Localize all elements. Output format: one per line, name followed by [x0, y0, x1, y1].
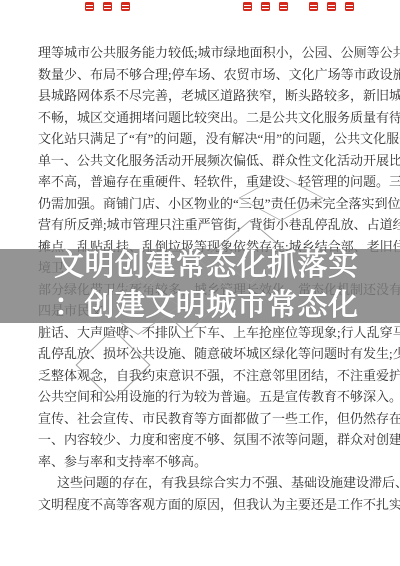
body-text-line: 文明程度不高等客观方面的原因，但我认为主要还是工作不扎实、不努力、 [38, 497, 362, 513]
body-text-line: 宣传、社会宣传、市民教育等方面都做了一些工作，但仍然存在宣传形式单 [38, 411, 362, 427]
overlay-title-line2: ：创建文明城市常态化 [54, 290, 358, 322]
body-text-line: 公共空间和公用设施的行为较为普遍。五是宣传教育不够深入。虽然在新闻 [38, 389, 362, 405]
red-glyph-icon [309, 2, 318, 11]
body-text-line: 率不高，普遍存在重硬件、轻软件，重建设、轻管理的问题。三是城市管理 [38, 174, 362, 190]
red-glyph-icon [261, 2, 270, 11]
red-glyph-icon [85, 2, 94, 11]
body-text-line: 这些问题的存在，有我县综合实力不强、基础设施建设滞后、城乡居民 [38, 475, 362, 491]
body-text-line: 文化站只满足了“有”的问题，没有解决“用”的问题，公共文化服务内容 [38, 131, 362, 147]
body-text-line: 理等城市公共服务能力较低;城市绿地面积小，公园、公厕等公共配套设施 [38, 45, 362, 61]
body-text-line: 一、内容较少、力度和密度不够、氛围不浓等问题，群众对创建工作的知晓 [38, 432, 362, 448]
body-text-line: 县城路网体系不尽完善，老城区道路狭窄，断头路较多，新旧城区之间连通 [38, 88, 362, 104]
body-text-line: 数量少、布局不够合理;停车场、农贸市场、文化广场等市政设施严重不足; [38, 67, 362, 83]
red-glyph-icon [345, 2, 354, 11]
red-glyph-icon [243, 2, 252, 11]
red-glyph-icon [327, 2, 336, 11]
red-glyph-icon [103, 2, 112, 11]
overlay-title-line1: 文明创建常态化抓落实 [54, 250, 358, 282]
red-glyph-icon [121, 2, 130, 11]
body-text-line: 营有所反弹;城市管理只注重严管街，背街小巷乱停乱放、占道经营、乱设 [38, 217, 362, 233]
red-glyph-icon [279, 2, 288, 11]
body-text-line: 脏话、大声喧哗、不排队上下车、上车抢座位等现象;行人乱穿马路，车辆 [38, 325, 362, 341]
body-text-line: 不畅，城区交通拥堵问题比较突出。二是公共文化服务质量有待提高、乡镇 [38, 110, 362, 126]
document-page: 理等城市公共服务能力较低;城市绿地面积小，公园、公厕等公共配套设施 数量少、布局… [0, 0, 400, 566]
body-text-line: 率、参与率和支持率不够高。 [38, 454, 362, 470]
body-text-line: 单一、公共文化服务活动开展频次偏低、群众性文化活动开展比较少，利用 [38, 153, 362, 169]
